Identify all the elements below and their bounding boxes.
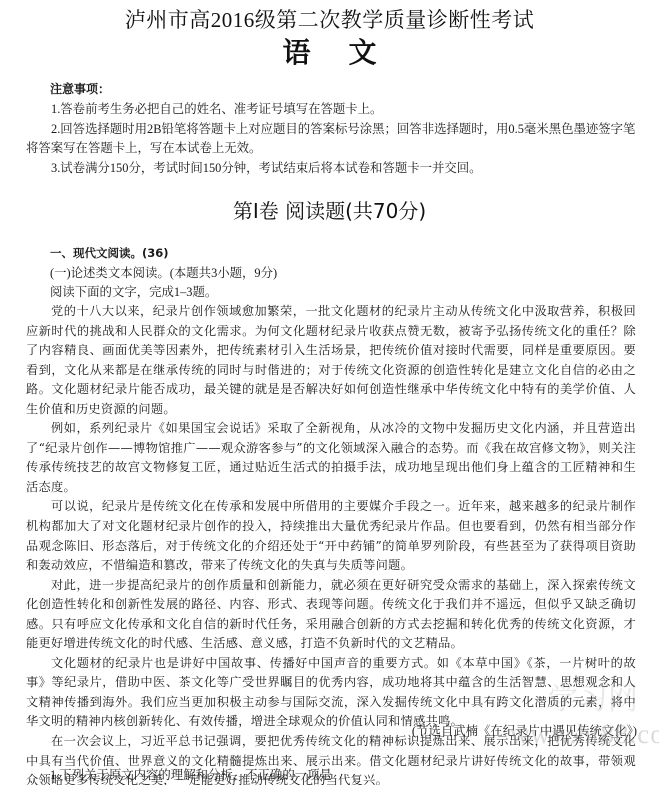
notice-heading: 注意事项： [50, 80, 110, 98]
subject-title: 语文 [0, 36, 659, 70]
passage-paragraph: 文化题材的纪录片也是讲好中国故事、传播好中国声音的重要方式。如《本草中国》《茶，… [26, 654, 636, 732]
reading-instruction: 阅读下面的文字，完成1–3题。 [50, 283, 217, 302]
passage-source: (节选自武楠《在纪录片中遇见传统文化》) [412, 722, 637, 741]
notice-item: 1.答卷前考生务必把自己的姓名、准考证号填写在答题卡上。 [26, 100, 636, 120]
section-heading: 一、现代文阅读。(36) [50, 244, 169, 262]
reading-passage: 党的十八大以来，纪录片创作领域愈加繁荣，一批文化题材的纪录片主动从传统文化中汲取… [26, 302, 636, 785]
passage-paragraph: 对此，进一步提高纪录片的创作质量和创新能力，就必须在更好研究受众需求的基础上，深… [26, 576, 636, 654]
exam-title: 泸州市高2016级第二次教学质量诊断性考试 [0, 6, 659, 34]
sub-section-heading: (一)论述类文本阅读。(本题共3小题，9分) [50, 264, 277, 283]
passage-paragraph: 例如，系列纪录片《如果国宝会说话》采取了全新视角，从冰冷的文物中发掘历史文化内涵… [26, 419, 636, 497]
question-1: 1.下列关于原文内容的理解和分析，不正确的一项是 [50, 766, 332, 785]
notice-item: 2.回答选择题时用2B铅笔将答题卡上对应题目的答案标号涂黑；回答非选择题时，用0… [26, 120, 636, 159]
part-title: 第Ⅰ卷 阅读题(共70分) [0, 197, 659, 225]
exam-page: 泸州市高2016级第二次教学质量诊断性考试 语文 注意事项： 1.答卷前考生务必… [0, 0, 659, 785]
passage-paragraph: 可以说，纪录片是传统文化在传承和发展中所借用的主要媒介手段之一。近年来，越来越多… [26, 497, 636, 575]
notice-list: 1.答卷前考生务必把自己的姓名、准考证号填写在答题卡上。 2.回答选择题时用2B… [26, 100, 636, 178]
passage-paragraph: 党的十八大以来，纪录片创作领域愈加繁荣，一批文化题材的纪录片主动从传统文化中汲取… [26, 302, 636, 419]
notice-item: 3.试卷满分150分，考试时间150分钟，考试结束后将本试卷和答题卡一并交回。 [26, 159, 636, 179]
